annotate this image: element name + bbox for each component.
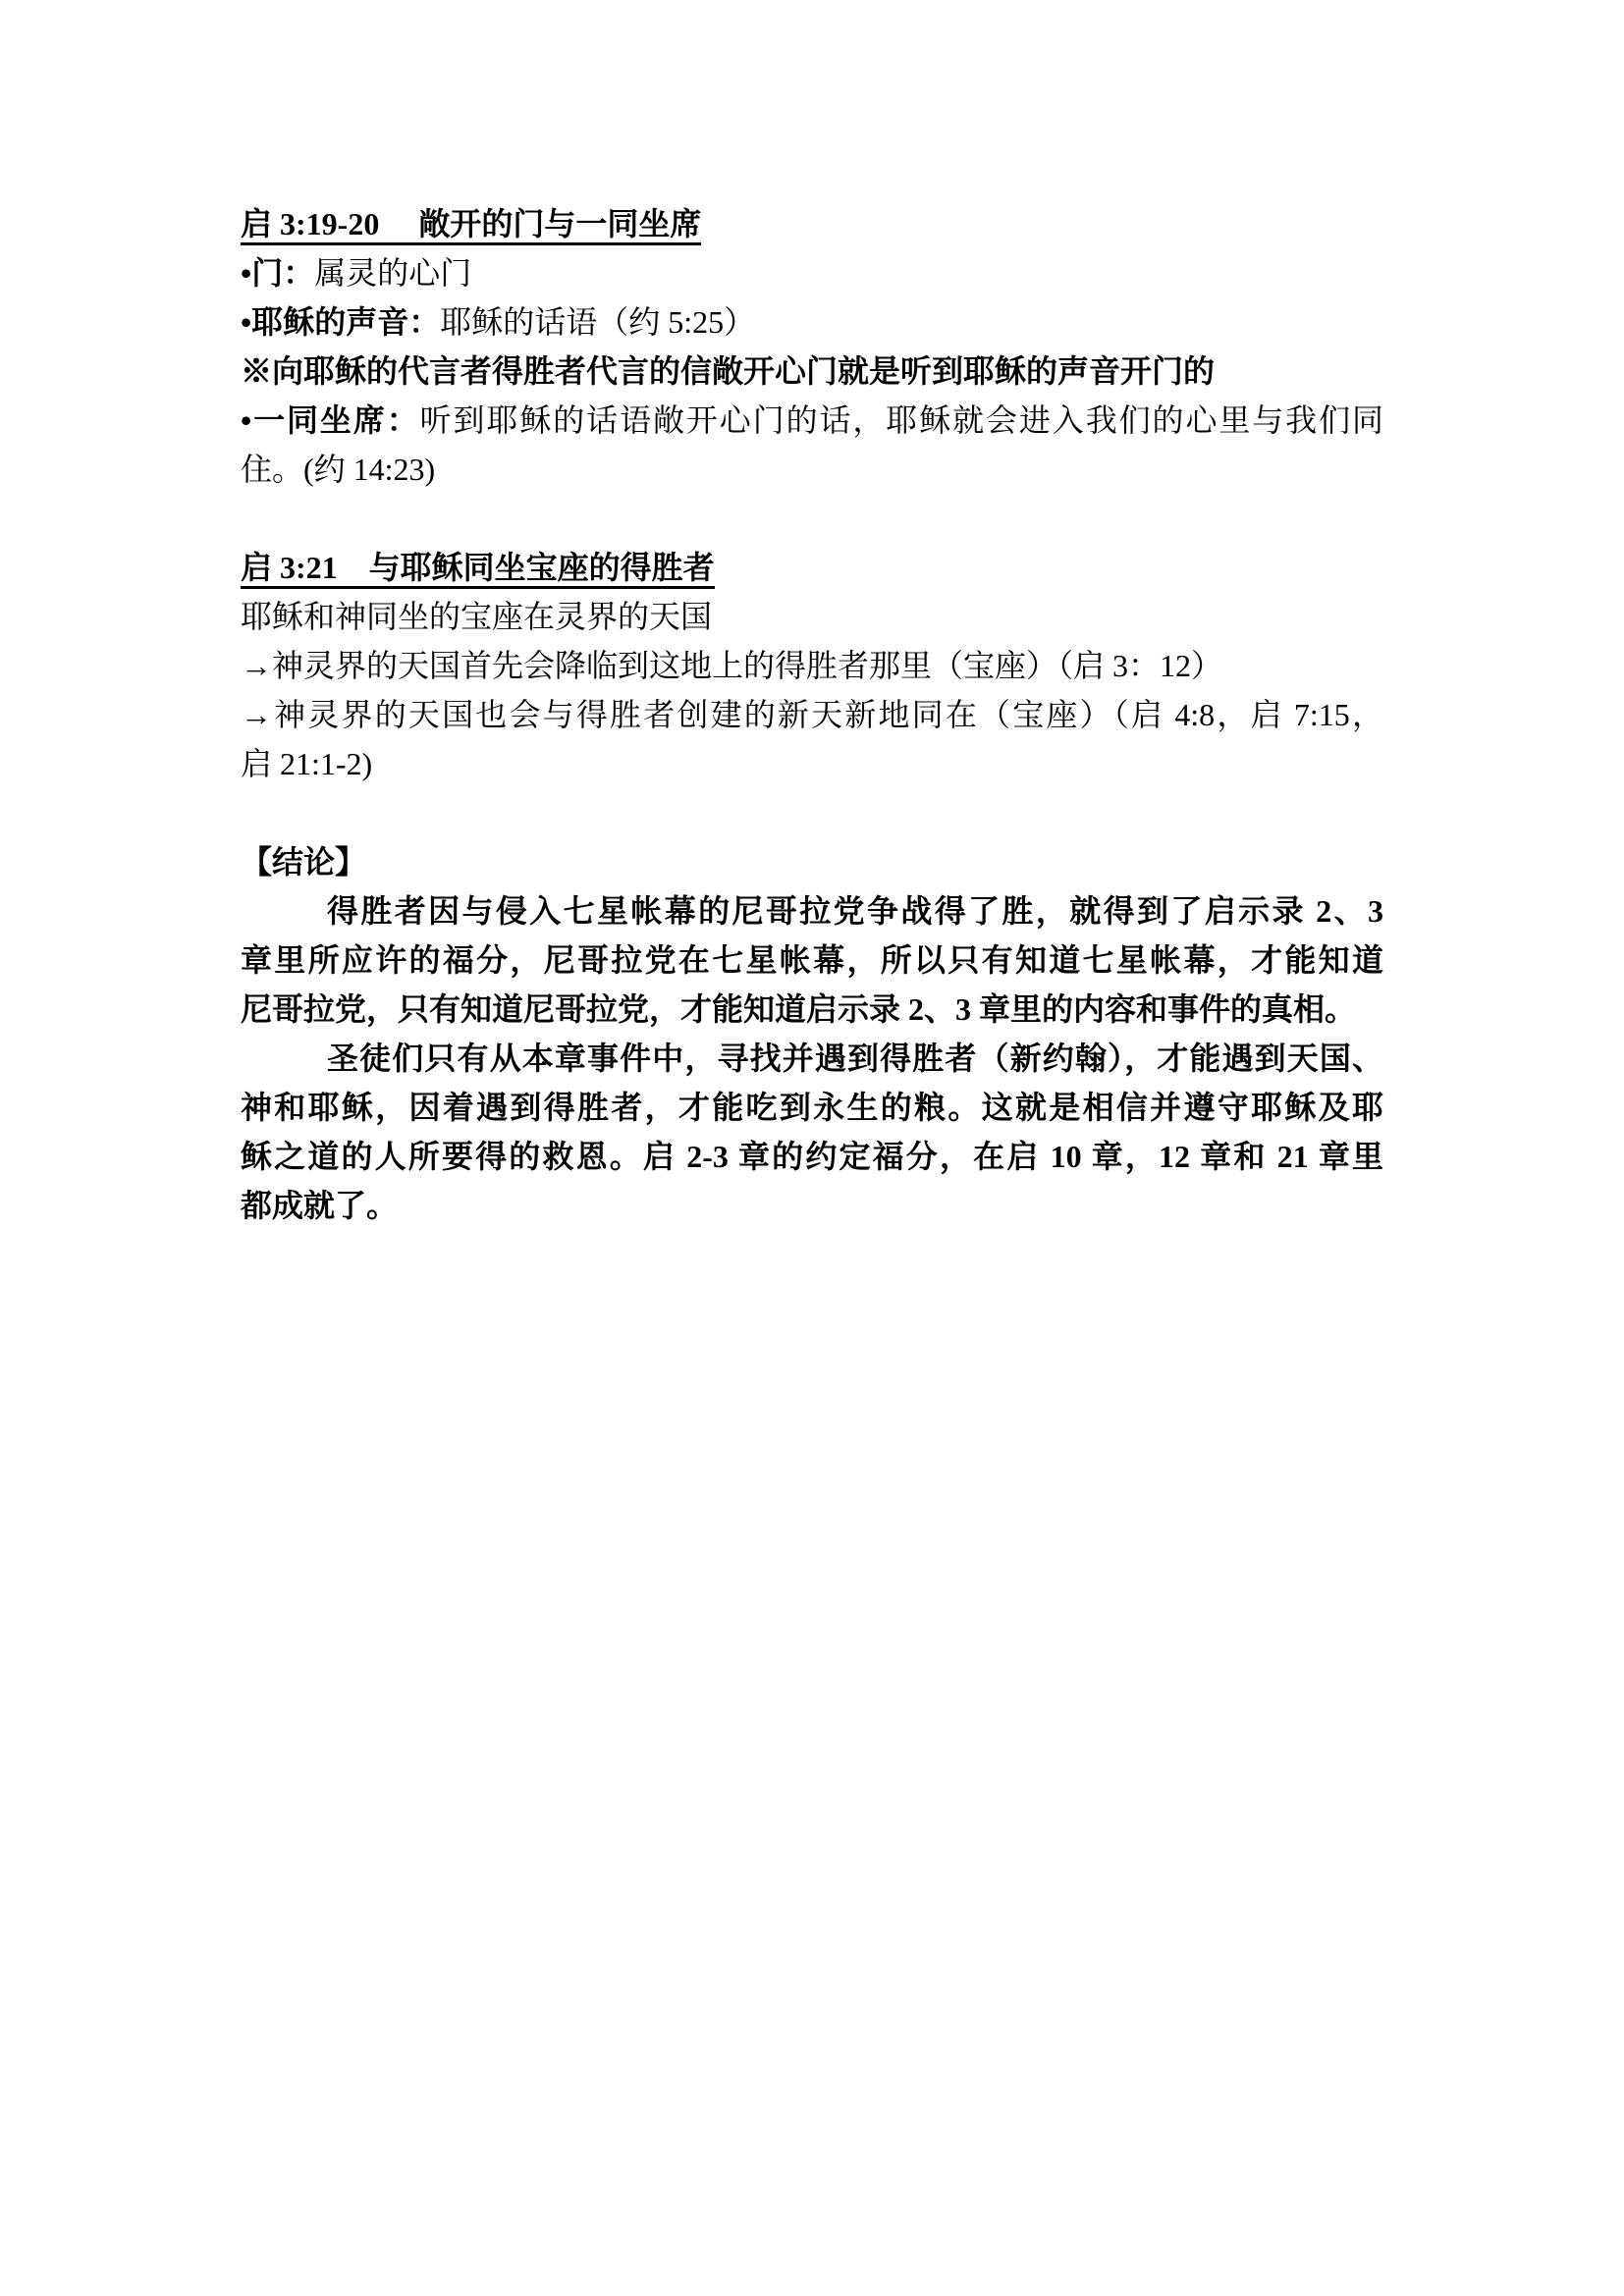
conclusion-para1-line3-text: 尼哥拉党，只有知道尼哥拉党，才能知道启示录 2、3 章里的内容和事件的真相。	[241, 991, 1356, 1027]
section-heading-rev-3-19-20: 启 3:19-20 敞开的门与一同坐席	[241, 199, 1383, 248]
section-rev-3-19-20: 启 3:19-20 敞开的门与一同坐席 •门：属灵的心门 •耶稣的声音：耶稣的话…	[241, 199, 1383, 494]
section-conclusion: 【结论】 得胜者因与侵入七星帐幕的尼哥拉党争战得了胜，就得到了启示录 2、3 章…	[241, 837, 1383, 1230]
note-line: ※向耶稣的代言者得胜者代言的信敞开心门就是听到耶稣的声音开门的	[241, 347, 1383, 396]
conclusion-para1-line1-text: 得胜者因与侵入七星帐幕的尼哥拉党争战得了胜，就得到了启示录 2、3	[327, 893, 1383, 929]
term-text-jesus-voice: 耶稣的话语（约 5:25）	[440, 304, 755, 340]
term-label-sit-together: •一同坐席：	[241, 402, 420, 438]
conclusion-heading: 【结论】	[241, 837, 1383, 886]
conclusion-para1-line2: 章里所应许的福分，尼哥拉党在七星帐幕，所以只有知道七星帐幕，才能知道	[241, 935, 1383, 985]
term-text-sit-together-continued: 住。(约 14:23)	[241, 452, 435, 487]
arrow-line-2: →神灵界的天国也会与得胜者创建的新天新地同在（宝座）（启 4:8，启 7:15，	[241, 690, 1383, 739]
bullet-item-sit-together-continued: 住。(约 14:23)	[241, 445, 1383, 494]
arrow-line-2-continued: 启 21:1-2)	[241, 739, 1383, 788]
conclusion-para2-line2: 神和耶稣，因着遇到得胜者，才能吃到永生的粮。这就是相信并遵守耶稣及耶	[241, 1083, 1383, 1132]
arrow-line-1: →神灵界的天国首先会降临到这地上的得胜者那里（宝座）（启 3：12）	[241, 641, 1383, 690]
conclusion-para2-line4-text: 都成就了。	[241, 1188, 398, 1223]
bullet-item-door: •门：属灵的心门	[241, 248, 1383, 297]
bullet-item-jesus-voice: •耶稣的声音：耶稣的话语（约 5:25）	[241, 297, 1383, 347]
section-heading-text: 启 3:21 与耶稣同坐宝座的得胜者	[241, 550, 715, 589]
bullet-item-sit-together: •一同坐席：听到耶稣的话语敞开心门的话，耶稣就会进入我们的心里与我们同	[241, 396, 1383, 445]
document-content: 启 3:19-20 敞开的门与一同坐席 •门：属灵的心门 •耶稣的声音：耶稣的话…	[241, 199, 1383, 1230]
arrow-line-2-text: →神灵界的天国也会与得胜者创建的新天新地同在（宝座）（启 4:8，启 7:15，	[241, 697, 1383, 732]
note-line-text: ※向耶稣的代言者得胜者代言的信敞开心门就是听到耶稣的声音开门的	[241, 353, 1215, 389]
term-text-sit-together: 听到耶稣的话语敞开心门的话，耶稣就会进入我们的心里与我们同	[420, 402, 1383, 438]
term-text-door: 属灵的心门	[314, 255, 471, 291]
conclusion-heading-text: 【结论】	[241, 844, 366, 880]
arrow-line-1-text: →神灵界的天国首先会降临到这地上的得胜者那里（宝座）（启 3：12）	[241, 648, 1222, 683]
conclusion-para2-line1-text: 圣徒们只有从本章事件中，寻找并遇到得胜者（新约翰），才能遇到天国、	[327, 1041, 1383, 1076]
body-line-throne-text: 耶稣和神同坐的宝座在灵界的天国	[241, 599, 712, 634]
conclusion-para2-line3-text: 稣之道的人所要得的救恩。启 2-3 章的约定福分，在启 10 章，12 章和 2…	[241, 1139, 1383, 1174]
conclusion-para1-line3: 尼哥拉党，只有知道尼哥拉党，才能知道启示录 2、3 章里的内容和事件的真相。	[241, 985, 1383, 1034]
term-label-jesus-voice: •耶稣的声音：	[241, 304, 440, 340]
section-heading-text: 启 3:19-20 敞开的门与一同坐席	[241, 206, 701, 245]
conclusion-para2-line3: 稣之道的人所要得的救恩。启 2-3 章的约定福分，在启 10 章，12 章和 2…	[241, 1132, 1383, 1181]
term-label-door: •门：	[241, 255, 314, 291]
conclusion-para2-line4: 都成就了。	[241, 1181, 1383, 1230]
arrow-line-2-continued-text: 启 21:1-2)	[241, 746, 372, 781]
section-rev-3-21: 启 3:21 与耶稣同坐宝座的得胜者 耶稣和神同坐的宝座在灵界的天国 →神灵界的…	[241, 543, 1383, 788]
conclusion-para2-line1: 圣徒们只有从本章事件中，寻找并遇到得胜者（新约翰），才能遇到天国、	[241, 1034, 1383, 1083]
conclusion-para1-line1: 得胜者因与侵入七星帐幕的尼哥拉党争战得了胜，就得到了启示录 2、3	[241, 886, 1383, 935]
body-line-throne: 耶稣和神同坐的宝座在灵界的天国	[241, 592, 1383, 641]
conclusion-para1-line2-text: 章里所应许的福分，尼哥拉党在七星帐幕，所以只有知道七星帐幕，才能知道	[241, 942, 1383, 978]
conclusion-para2-line2-text: 神和耶稣，因着遇到得胜者，才能吃到永生的粮。这就是相信并遵守耶稣及耶	[241, 1090, 1383, 1125]
section-heading-rev-3-21: 启 3:21 与耶稣同坐宝座的得胜者	[241, 543, 1383, 592]
